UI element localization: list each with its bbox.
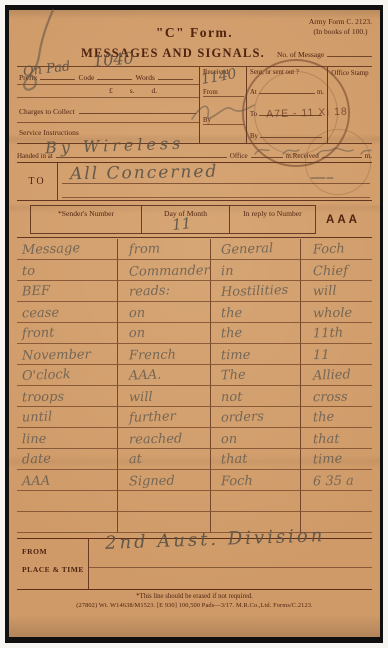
charges-blank	[79, 105, 196, 114]
in-reply-to-header: In reply to Number	[230, 205, 316, 234]
message-word-handwriting: whole	[313, 307, 352, 323]
service-instructions-row: Service Instructions	[17, 122, 199, 143]
to-label: TO	[17, 163, 58, 200]
message-word-handwriting: will	[313, 285, 337, 301]
message-cell: 11th	[300, 323, 372, 344]
message-cell	[117, 491, 210, 512]
message-word-handwriting: that	[221, 453, 248, 469]
message-table-header: *Sender's Number Day of Month In reply t…	[30, 205, 370, 234]
pounds-label: £	[109, 86, 113, 95]
message-word-handwriting: that	[313, 433, 340, 448]
sent-at-blank	[259, 85, 315, 94]
message-word-handwriting: the	[313, 411, 335, 427]
code-label: Code	[78, 73, 94, 82]
message-cell: Hostilities	[210, 281, 300, 302]
message-cell	[300, 491, 372, 512]
message-word-handwriting: The	[221, 369, 246, 385]
message-cell: orders	[210, 407, 300, 428]
senders-number-header: *Sender's Number	[30, 205, 142, 234]
message-row: AAASignedFoch6 35 a	[17, 470, 372, 491]
from-label: FROM	[22, 547, 88, 556]
message-word-handwriting: the	[221, 307, 243, 322]
message-cell	[210, 512, 300, 533]
charges-to-collect-row: Charges to Collect	[17, 97, 199, 122]
message-cell	[117, 512, 210, 533]
message-row: troopswillnotcross	[17, 386, 372, 407]
message-word-handwriting: French	[129, 349, 176, 365]
message-word-handwriting: O'clock	[22, 368, 71, 385]
message-row: linereachedonthat	[17, 428, 372, 449]
message-cell: not	[210, 386, 300, 407]
message-word-handwriting: Foch	[221, 475, 253, 491]
handed-in-blank	[56, 149, 227, 158]
message-row: frontonthe11th	[17, 323, 372, 344]
message-word-handwriting: cross	[313, 391, 348, 407]
message-cell	[17, 491, 117, 512]
aaa-header: AAA	[316, 205, 370, 234]
message-row: ceaseonthewhole	[17, 302, 372, 323]
words-label: Words	[135, 73, 154, 82]
message-cell: the	[210, 323, 300, 344]
message-word-handwriting: Allied	[313, 368, 351, 384]
message-cell: AAA.	[117, 365, 210, 386]
sent-by-line: By	[250, 129, 324, 140]
message-cell: reads:	[117, 281, 210, 302]
message-word-handwriting: on	[129, 307, 145, 322]
prefix-blank	[40, 71, 75, 80]
message-cell: cease	[17, 302, 117, 323]
message-word-handwriting: the	[221, 327, 243, 343]
message-word-handwriting: on	[129, 327, 146, 343]
message-cell: front	[17, 323, 117, 344]
message-word-handwriting: line	[22, 433, 47, 448]
sent-column: Sent, or sent out ? At m. To By	[246, 67, 327, 143]
message-cell: at	[117, 449, 210, 470]
message-word-handwriting: cease	[22, 307, 59, 323]
message-word-handwriting: General	[221, 242, 274, 259]
code-blank	[97, 71, 132, 80]
message-cell: Allied	[300, 365, 372, 386]
place-time-label: PLACE & TIME	[22, 565, 88, 574]
message-cell	[17, 512, 117, 533]
prefix-code-words-row: Prefix Code Words	[17, 67, 199, 84]
header-divider-rule	[17, 237, 372, 238]
message-row: MessagefromGeneralFoch	[17, 239, 372, 260]
message-word-handwriting: time	[313, 452, 343, 468]
message-row: untilfurtherordersthe	[17, 407, 372, 428]
message-word-handwriting: troops	[22, 391, 64, 407]
message-cell: in	[210, 260, 300, 281]
message-word-handwriting: Message	[22, 242, 81, 259]
charges-column: Prefix Code Words £ s. d. Charges to Col…	[17, 67, 199, 143]
message-body-table: MessagefromGeneralFochtoCommanderinChief…	[17, 239, 372, 533]
day-of-month-header: Day of Month	[142, 205, 230, 234]
pence-label: d.	[152, 86, 158, 95]
footnote: *This line should be erased if not requi…	[17, 593, 372, 600]
message-word-handwriting: at	[129, 453, 142, 468]
to-ruled-line-2	[62, 197, 370, 198]
message-cell: Foch	[210, 470, 300, 491]
message-cell: date	[17, 449, 117, 470]
message-row	[17, 491, 372, 512]
message-cell: will	[117, 386, 210, 407]
from-value-area: 2nd Aust. Division	[89, 539, 372, 589]
sent-at-m: m.	[317, 89, 324, 96]
from-labels: FROM PLACE & TIME	[17, 539, 89, 589]
message-word-handwriting: November	[22, 348, 91, 364]
message-cell: O'clock	[17, 365, 117, 386]
message-cell: from	[117, 239, 210, 260]
received-by-label: By	[203, 117, 211, 124]
form-subtitle: MESSAGES AND SIGNALS.	[81, 46, 265, 61]
no-of-message-blank	[327, 48, 372, 57]
message-word-handwriting: until	[22, 410, 53, 426]
sent-title: Sent, or sent out ?	[247, 67, 327, 76]
handed-in-label: Handed in at	[17, 152, 53, 160]
sent-by-blank	[260, 129, 322, 138]
message-word-handwriting: 6 35 a	[313, 475, 354, 491]
message-word-handwriting: to	[22, 265, 35, 280]
message-row: BEFreads:Hostilitieswill	[17, 281, 372, 302]
message-row: O'clockAAA.TheAllied	[17, 365, 372, 386]
message-cell	[210, 491, 300, 512]
message-word-handwriting: Commander	[129, 264, 210, 280]
office-label: Office	[230, 152, 248, 160]
received-column: Received. From By 1140	[199, 67, 246, 143]
message-cell: Commander	[117, 260, 210, 281]
message-word-handwriting: from	[129, 242, 161, 258]
printer-imprint: (27802) Wt. W14638/M1523. [E 930] 100,50…	[17, 602, 372, 609]
message-cell: November	[17, 344, 117, 365]
no-of-message-label: No. of Message	[277, 50, 324, 59]
faint-stamp-circle	[305, 129, 371, 195]
message-cell: whole	[300, 302, 372, 323]
charges-label: Charges to Collect	[19, 107, 75, 116]
document-paper: Army Form C. 2123. (In books of 100.) "C…	[9, 10, 380, 637]
message-word-handwriting: date	[22, 452, 52, 468]
message-word-handwriting: 11	[313, 349, 330, 364]
message-row	[17, 512, 372, 533]
army-form-ref-line2: (In books of 100.)	[309, 27, 372, 37]
message-cell: on	[210, 428, 300, 449]
message-word-handwriting: Chief	[313, 265, 348, 281]
message-cell: further	[117, 407, 210, 428]
message-row: NovemberFrenchtime11	[17, 344, 372, 365]
sent-at-line: At m.	[250, 85, 324, 96]
sent-at-label: At	[250, 89, 257, 96]
army-form-reference: Army Form C. 2123. (In books of 100.)	[309, 17, 372, 37]
message-word-handwriting: on	[221, 433, 237, 448]
received-from-line: From	[203, 89, 244, 97]
words-blank	[158, 71, 193, 80]
message-cell: AAA	[17, 470, 117, 491]
message-word-handwriting: reads:	[129, 284, 171, 300]
form-header: Army Form C. 2123. (In books of 100.) "C…	[17, 16, 372, 64]
message-word-handwriting: time	[221, 349, 251, 365]
message-word-handwriting: front	[22, 326, 55, 342]
message-cell: line	[17, 428, 117, 449]
message-word-handwriting: Hostilities	[221, 284, 289, 301]
received-by-line: By	[203, 117, 244, 125]
service-label: Service Instructions	[19, 128, 79, 137]
office-m: m.	[286, 152, 293, 160]
message-cell: the	[210, 302, 300, 323]
from-box: FROM PLACE & TIME 2nd Aust. Division	[17, 538, 372, 590]
message-cell: until	[17, 407, 117, 428]
message-word-handwriting: in	[221, 265, 234, 280]
message-cell: time	[210, 344, 300, 365]
no-of-message-field: No. of Message	[277, 48, 372, 59]
message-cell: Signed	[117, 470, 210, 491]
message-cell: 6 35 a	[300, 470, 372, 491]
message-row: toCommanderinChief	[17, 260, 372, 281]
currency-row: £ s. d.	[17, 84, 199, 97]
shillings-label: s.	[130, 86, 135, 95]
message-cell: that	[210, 449, 300, 470]
message-word-handwriting: will	[129, 391, 153, 406]
message-cell: Chief	[300, 260, 372, 281]
received-title: Received.	[200, 67, 246, 76]
message-word-handwriting: AAA.	[129, 368, 162, 384]
from-ruled-line	[89, 567, 372, 568]
message-word-handwriting: further	[129, 410, 176, 427]
army-form-ref-line1: Army Form C. 2123.	[309, 17, 372, 27]
received-from-label: From	[203, 89, 218, 96]
message-cell: The	[210, 365, 300, 386]
message-word-handwriting: 11th	[313, 326, 344, 342]
message-cell	[300, 512, 372, 533]
message-cell: Message	[17, 239, 117, 260]
message-cell: reached	[117, 428, 210, 449]
message-cell: troops	[17, 386, 117, 407]
message-cell: General	[210, 239, 300, 260]
message-cell: on	[117, 302, 210, 323]
message-cell: 11	[300, 344, 372, 365]
message-word-handwriting: AAA	[22, 475, 50, 490]
message-word-handwriting: Signed	[129, 475, 175, 491]
message-cell: on	[117, 323, 210, 344]
message-cell: Foch	[300, 239, 372, 260]
message-row: dateatthattime	[17, 449, 372, 470]
message-word-handwriting: not	[221, 391, 243, 406]
charges-and-routing-grid: Prefix Code Words £ s. d. Charges to Col…	[17, 66, 372, 144]
office-time-blank	[251, 149, 283, 158]
message-cell: the	[300, 407, 372, 428]
message-cell: will	[300, 281, 372, 302]
message-word-handwriting: reached	[129, 433, 183, 449]
message-word-handwriting: Foch	[313, 242, 345, 258]
message-word-handwriting: orders	[221, 410, 264, 426]
sent-by-label: By	[250, 133, 258, 140]
message-cell: BEF	[17, 281, 117, 302]
message-word-handwriting: BEF	[22, 285, 51, 301]
message-cell: time	[300, 449, 372, 470]
to-handwriting: All Concerned	[70, 162, 219, 185]
office-stamp-label: Office Stamp	[331, 69, 368, 77]
message-cell: French	[117, 344, 210, 365]
prefix-label: Prefix	[19, 73, 37, 82]
message-cell: that	[300, 428, 372, 449]
message-cell: cross	[300, 386, 372, 407]
message-cell: to	[17, 260, 117, 281]
